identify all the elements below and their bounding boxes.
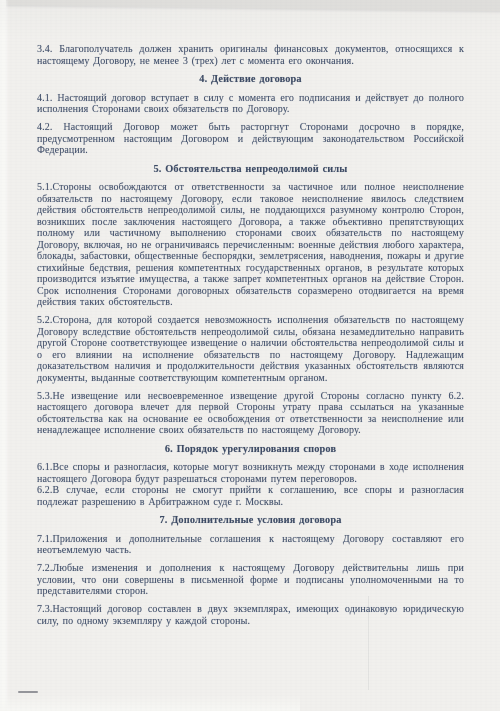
section-heading-section-4: 4. Действие договора <box>37 74 464 86</box>
scan-left-edge <box>0 0 6 711</box>
scanned-page: 3.4. Благополучатель должен хранить ориг… <box>0 0 500 711</box>
paragraph-clause-4-1: 4.1. Настоящий договор вступает в силу с… <box>37 93 464 116</box>
paragraph-clause-7-1: 7.1.Приложения и дополнительные соглашен… <box>37 534 464 557</box>
paragraph-clause-6-2: 6.2.В случае, если стороны не смогут при… <box>37 485 464 508</box>
scan-bottom-fade <box>0 695 300 711</box>
paragraph-clause-7-3: 7.3.Настоящий договор составлен в двух э… <box>37 604 464 627</box>
paragraph-clause-3-4: 3.4. Благополучатель должен хранить ориг… <box>37 44 464 67</box>
paragraph-clause-4-2: 4.2. Настоящий Договор может быть растор… <box>37 122 464 157</box>
section-heading-section-6: 6. Порядок урегулирования споров <box>37 444 464 456</box>
paragraph-clause-5-3: 5.3.Не извещение или несвоевременное изв… <box>37 391 464 437</box>
section-heading-section-5: 5. Обстоятельства непреодолимой силы <box>37 164 464 176</box>
section-heading-section-7: 7. Дополнительные условия договора <box>37 515 464 527</box>
paragraph-clause-5-2: 5.2.Сторона, для которой создается невоз… <box>37 315 464 384</box>
paragraph-clause-7-2: 7.2.Любые изменения и дополнения к насто… <box>37 563 464 598</box>
scan-top-edge <box>0 0 500 12</box>
scan-artifact-dash <box>18 691 38 693</box>
scan-artifact-line <box>368 596 369 690</box>
paragraph-clause-6-1: 6.1.Все споры и разногласия, которые мог… <box>37 462 464 485</box>
paragraph-clause-5-1: 5.1.Стороны освобождаются от ответственн… <box>37 182 464 309</box>
document-body: 3.4. Благополучатель должен хранить ориг… <box>37 44 464 634</box>
